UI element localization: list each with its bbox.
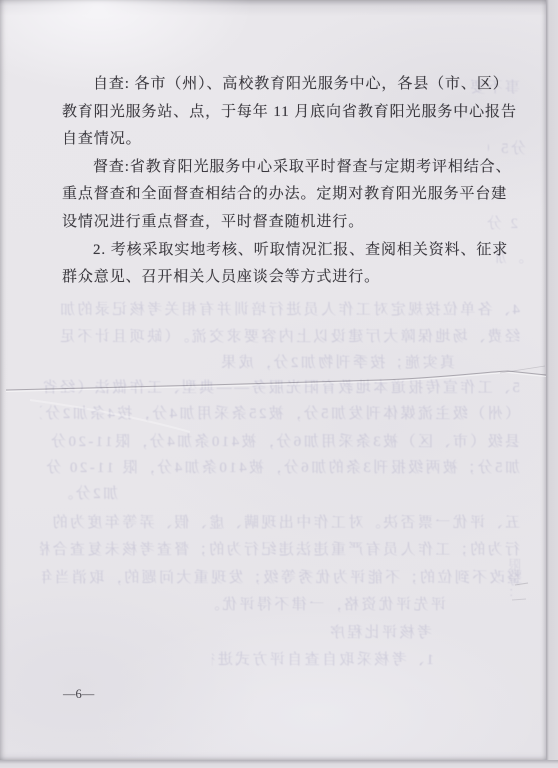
page-number: —6—: [63, 687, 94, 702]
scanned-document: 4、各单位按规定对工作人员进行培训并有相关考核记录的加分 经费、场地保障大厅建设…: [0, 0, 558, 768]
paper-crease-line: [0, 0, 558, 768]
